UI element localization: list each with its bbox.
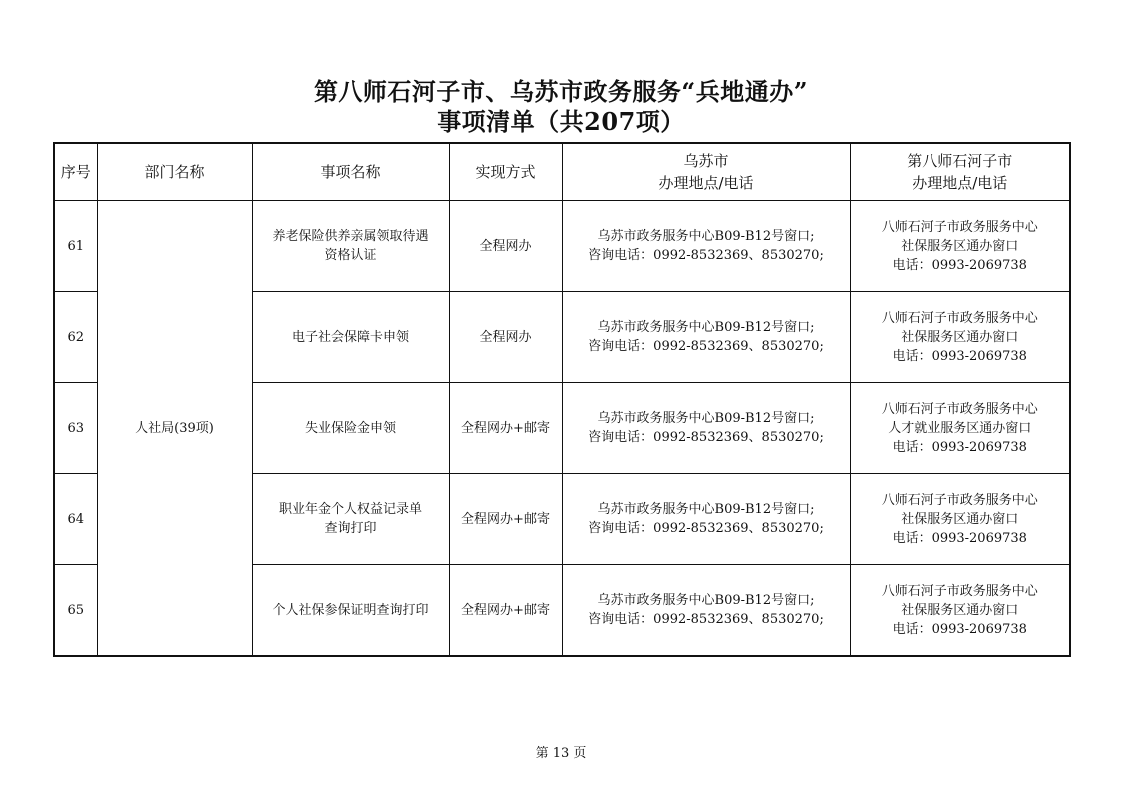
shihezi-location: 八师石河子市政务服务中心 社保服务区通办窗口 电话：0993-2069738	[850, 292, 1070, 383]
shihezi-phone: 电话：0993-2069738	[855, 620, 1066, 639]
shihezi-phone: 电话：0993-2069738	[855, 347, 1066, 366]
implementation-method: 全程网办	[449, 201, 562, 292]
wusu-location: 乌苏市政务服务中心B09-B12号窗口; 咨询电话：0992-8532369、8…	[562, 292, 850, 383]
header-wusu-location: 办理地点/电话	[567, 172, 846, 194]
wusu-location: 乌苏市政务服务中心B09-B12号窗口; 咨询电话：0992-8532369、8…	[562, 565, 850, 657]
wusu-phone: 咨询电话：0992-8532369、8530270;	[567, 337, 846, 356]
item-name-line: 查询打印	[257, 519, 445, 538]
item-name-line: 个人社保参保证明查询打印	[257, 601, 445, 620]
header-wusu: 乌苏市 办理地点/电话	[562, 143, 850, 201]
wusu-location: 乌苏市政务服务中心B09-B12号窗口; 咨询电话：0992-8532369、8…	[562, 474, 850, 565]
shihezi-phone: 电话：0993-2069738	[855, 438, 1066, 457]
item-name-line: 电子社会保障卡申领	[257, 328, 445, 347]
shihezi-phone: 电话：0993-2069738	[855, 529, 1066, 548]
item-name-line: 职业年金个人权益记录单	[257, 500, 445, 519]
row-index: 65	[54, 565, 97, 657]
implementation-method: 全程网办+邮寄	[449, 565, 562, 657]
wusu-address: 乌苏市政务服务中心B09-B12号窗口;	[567, 591, 846, 610]
shihezi-location: 八师石河子市政务服务中心 人才就业服务区通办窗口 电话：0993-2069738	[850, 383, 1070, 474]
wusu-location: 乌苏市政务服务中心B09-B12号窗口; 咨询电话：0992-8532369、8…	[562, 201, 850, 292]
item-name: 个人社保参保证明查询打印	[252, 565, 449, 657]
wusu-phone: 咨询电话：0992-8532369、8530270;	[567, 610, 846, 629]
shihezi-center: 八师石河子市政务服务中心	[855, 400, 1066, 419]
page-number: 第 13 页	[0, 742, 1122, 761]
header-department: 部门名称	[97, 143, 252, 201]
row-index: 61	[54, 201, 97, 292]
row-index: 62	[54, 292, 97, 383]
implementation-method: 全程网办	[449, 292, 562, 383]
wusu-address: 乌苏市政务服务中心B09-B12号窗口;	[567, 500, 846, 519]
wusu-phone: 咨询电话：0992-8532369、8530270;	[567, 519, 846, 538]
wusu-phone: 咨询电话：0992-8532369、8530270;	[567, 428, 846, 447]
item-name-line: 资格认证	[257, 246, 445, 265]
row-index: 64	[54, 474, 97, 565]
shihezi-center: 八师石河子市政务服务中心	[855, 491, 1066, 510]
services-table: 序号 部门名称 事项名称 实现方式 乌苏市 办理地点/电话 第八师石河子市 办理…	[53, 142, 1071, 657]
shihezi-location: 八师石河子市政务服务中心 社保服务区通办窗口 电话：0993-2069738	[850, 201, 1070, 292]
department-name: 人社局(39项)	[97, 201, 252, 657]
wusu-location: 乌苏市政务服务中心B09-B12号窗口; 咨询电话：0992-8532369、8…	[562, 383, 850, 474]
shihezi-phone: 电话：0993-2069738	[855, 256, 1066, 275]
implementation-method: 全程网办+邮寄	[449, 383, 562, 474]
document-subtitle: 事项清单（共207项）	[0, 102, 1122, 137]
wusu-address: 乌苏市政务服务中心B09-B12号窗口;	[567, 318, 846, 337]
header-method: 实现方式	[449, 143, 562, 201]
shihezi-window: 社保服务区通办窗口	[855, 601, 1066, 620]
shihezi-window: 社保服务区通办窗口	[855, 237, 1066, 256]
wusu-address: 乌苏市政务服务中心B09-B12号窗口;	[567, 409, 846, 428]
item-name-line: 失业保险金申领	[257, 419, 445, 438]
header-item: 事项名称	[252, 143, 449, 201]
wusu-phone: 咨询电话：0992-8532369、8530270;	[567, 246, 846, 265]
item-name: 电子社会保障卡申领	[252, 292, 449, 383]
header-shihezi-city: 第八师石河子市	[855, 150, 1066, 172]
shihezi-center: 八师石河子市政务服务中心	[855, 582, 1066, 601]
wusu-address: 乌苏市政务服务中心B09-B12号窗口;	[567, 227, 846, 246]
header-shihezi: 第八师石河子市 办理地点/电话	[850, 143, 1070, 201]
shihezi-location: 八师石河子市政务服务中心 社保服务区通办窗口 电话：0993-2069738	[850, 474, 1070, 565]
item-name-line: 养老保险供养亲属领取待遇	[257, 227, 445, 246]
shihezi-window: 社保服务区通办窗口	[855, 510, 1066, 529]
shihezi-window: 社保服务区通办窗口	[855, 328, 1066, 347]
item-name: 养老保险供养亲属领取待遇 资格认证	[252, 201, 449, 292]
shihezi-center: 八师石河子市政务服务中心	[855, 309, 1066, 328]
item-name: 职业年金个人权益记录单 查询打印	[252, 474, 449, 565]
item-name: 失业保险金申领	[252, 383, 449, 474]
shihezi-location: 八师石河子市政务服务中心 社保服务区通办窗口 电话：0993-2069738	[850, 565, 1070, 657]
shihezi-center: 八师石河子市政务服务中心	[855, 218, 1066, 237]
header-wusu-city: 乌苏市	[567, 150, 846, 172]
table-header-row: 序号 部门名称 事项名称 实现方式 乌苏市 办理地点/电话 第八师石河子市 办理…	[54, 143, 1070, 201]
header-index: 序号	[54, 143, 97, 201]
header-shihezi-location: 办理地点/电话	[855, 172, 1066, 194]
table-row: 61 人社局(39项) 养老保险供养亲属领取待遇 资格认证 全程网办 乌苏市政务…	[54, 201, 1070, 292]
shihezi-window: 人才就业服务区通办窗口	[855, 419, 1066, 438]
row-index: 63	[54, 383, 97, 474]
implementation-method: 全程网办+邮寄	[449, 474, 562, 565]
